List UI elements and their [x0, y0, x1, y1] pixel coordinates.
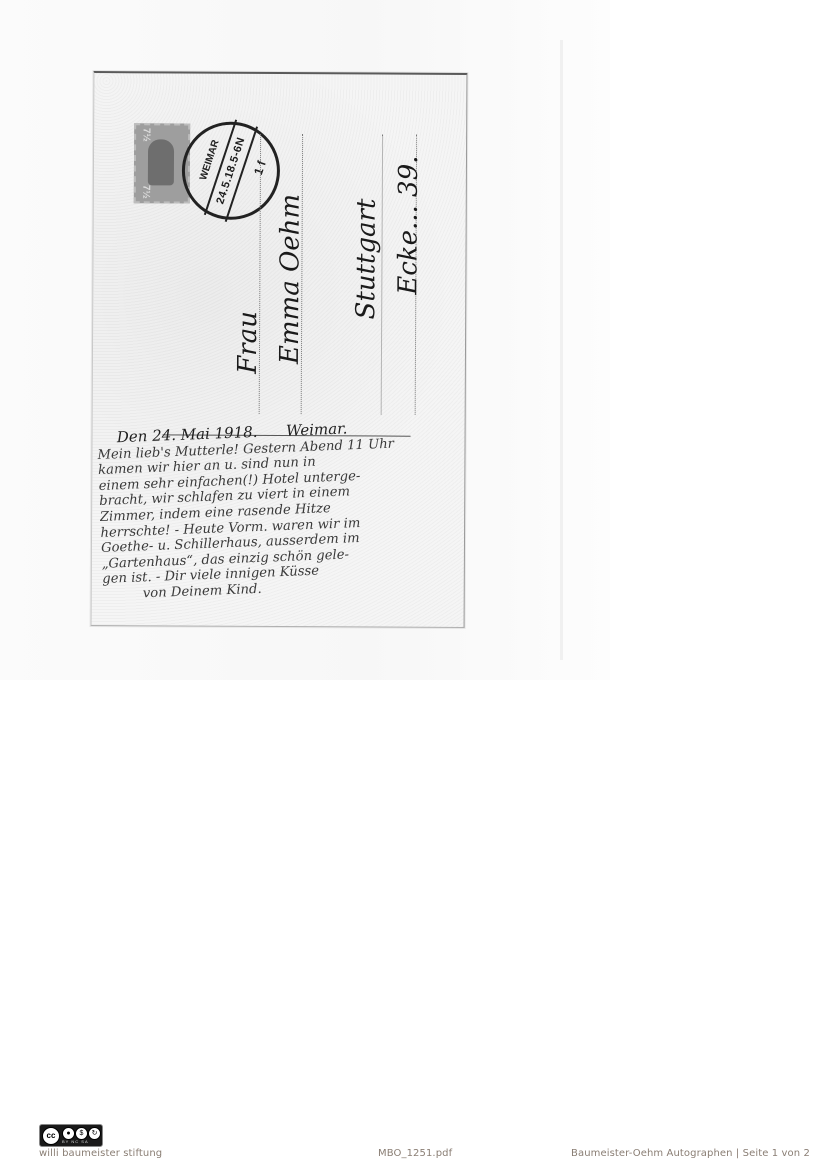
address-city: Stuttgart [351, 198, 382, 319]
address-name: Emma Oehm [275, 194, 306, 364]
cc-labels: BY NC SA [62, 1139, 100, 1144]
postmark: 24.5.18.5-6N WEIMAR 1 f [182, 121, 281, 220]
address-salutation: Frau [233, 311, 263, 374]
stamp-value-bottom: 7½ [140, 185, 151, 199]
address-street: Ecke... 39. [393, 156, 424, 295]
footer-organization: willi baumeister stiftung [39, 1148, 162, 1159]
stamp-value: 7½ [141, 128, 152, 142]
cc-license-badge[interactable]: cc ● $ ↻ BY NC SA [39, 1124, 103, 1147]
postcard: 7½ 7½ 24.5.18.5-6N WEIMAR 1 f Frau Emma … [91, 71, 468, 628]
footer-filename: MBO_1251.pdf [378, 1148, 452, 1159]
cc-icon: cc [42, 1127, 60, 1145]
footer-collection-page: Baumeister-Oehm Autographen | Seite 1 vo… [571, 1148, 810, 1159]
handwritten-message: Den 24. Mai 1918. Weimar. Mein lieb's Mu… [97, 417, 465, 603]
scanned-image: 7½ 7½ 24.5.18.5-6N WEIMAR 1 f Frau Emma … [0, 0, 610, 680]
message-place: Weimar. [286, 419, 348, 439]
germania-figure-icon [148, 139, 174, 185]
